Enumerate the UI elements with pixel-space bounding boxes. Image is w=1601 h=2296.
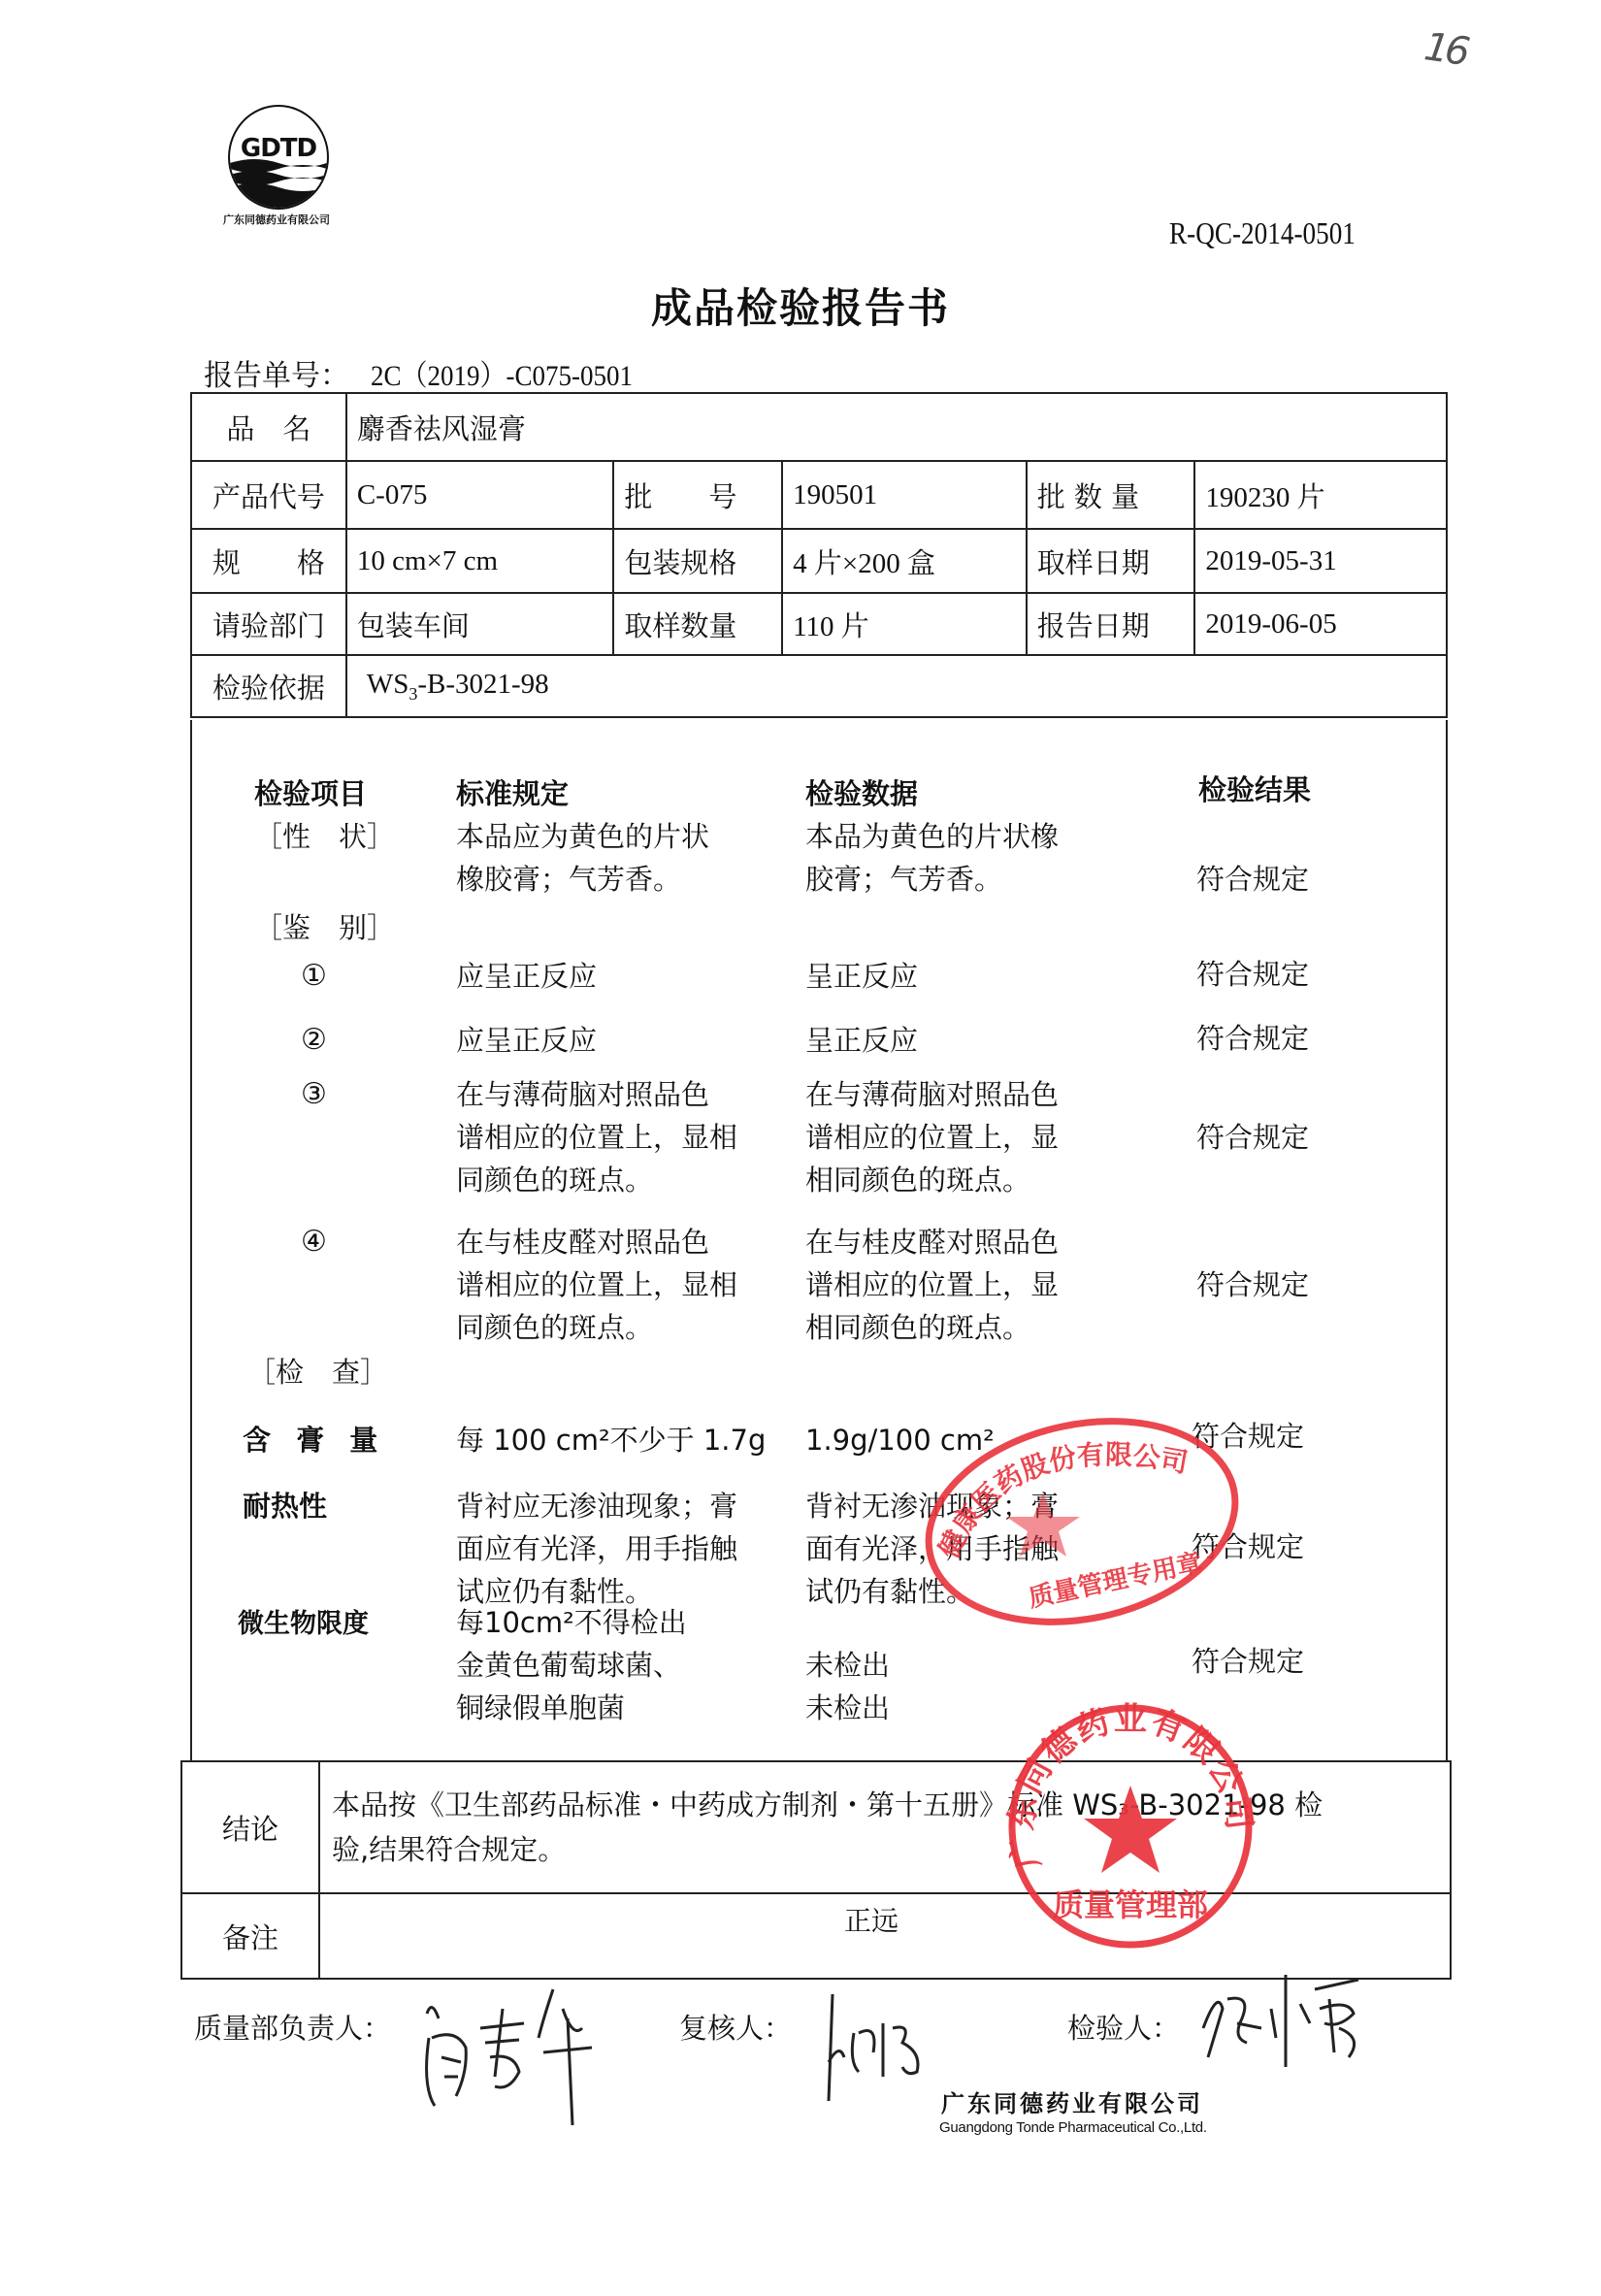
header-standard: 标准规定 bbox=[456, 772, 569, 815]
sample-date-value: 2019-05-31 bbox=[1194, 529, 1447, 593]
id1-result: 符合规定 bbox=[1196, 953, 1309, 996]
footer-company-en: Guangdong Tonde Pharmaceutical Co.,Ltd. bbox=[939, 2119, 1207, 2136]
section-identification: ［鉴 别］ bbox=[254, 906, 395, 949]
basis-label: 检验依据 bbox=[191, 655, 346, 717]
footer-company-cn: 广东同德药业有限公司 bbox=[941, 2084, 1203, 2118]
dept-label: 请验部门 bbox=[191, 593, 346, 655]
report-number: 报告单号：2C（2019）-C075-0501 bbox=[204, 351, 662, 394]
id3-result: 符合规定 bbox=[1196, 1116, 1309, 1159]
heat-resistance-item: 耐热性 bbox=[243, 1485, 327, 1527]
microbial-result: 符合规定 bbox=[1192, 1640, 1304, 1683]
id1-standard: 应呈正反应 bbox=[456, 955, 597, 998]
page-number: 16 bbox=[1421, 24, 1469, 75]
sample-qty-value: 110 片 bbox=[782, 593, 1027, 655]
spec-value: 10 cm×7 cm bbox=[346, 529, 613, 593]
id4-number: ④ bbox=[301, 1221, 327, 1263]
batch-qty-label: 批 数 量 bbox=[1027, 461, 1195, 529]
plaster-content-result: 符合规定 bbox=[1192, 1415, 1304, 1458]
header-item: 检验项目 bbox=[254, 772, 367, 815]
appearance-standard: 本品应为黄色的片状 橡胶膏；气芳香。 bbox=[456, 815, 709, 901]
inspector-label: 检验人： bbox=[1067, 2007, 1180, 2047]
section-appearance: ［性 状］ bbox=[254, 815, 395, 858]
remark-cell: 正远 bbox=[319, 1893, 1451, 1979]
logo-circle-icon: GDTD bbox=[228, 105, 329, 210]
product-name-value: 麝香祛风湿膏 bbox=[346, 393, 1447, 461]
heat-resistance-standard: 背衬应无渗油现象；膏 面应有光泽，用手指触 试应仍有黏性。 bbox=[456, 1485, 737, 1613]
product-name-label: 品 名 bbox=[191, 393, 346, 461]
report-date-label: 报告日期 bbox=[1027, 593, 1195, 655]
product-info-table: 品 名 麝香祛风湿膏 产品代号 C-075 批 号 190501 批 数 量 1… bbox=[190, 392, 1448, 718]
id3-data: 在与薄荷脑对照品色 谱相应的位置上，显 相同颜色的斑点。 bbox=[805, 1073, 1059, 1201]
header-data: 检验数据 bbox=[805, 772, 918, 815]
pack-spec-label: 包装规格 bbox=[613, 529, 782, 593]
microbial-data: 未检出 未检出 bbox=[805, 1644, 890, 1729]
page-title: 成品检验报告书 bbox=[0, 277, 1601, 335]
logo-caption: 广东同德药业有限公司 bbox=[218, 212, 335, 227]
wave-icon bbox=[230, 155, 327, 210]
batch-qty-value: 190230 片 bbox=[1194, 461, 1447, 529]
report-date-value: 2019-06-05 bbox=[1194, 593, 1447, 655]
inspector-signature bbox=[1193, 1970, 1368, 2077]
basis-value: WS3-B-3021-98 bbox=[346, 655, 1447, 717]
report-number-label: 报告单号： bbox=[204, 359, 349, 393]
conclusion-line-1: 本品按《卫生部药品标准・中药成方制剂・第十五册》标准 WS₃-B-3021-98… bbox=[332, 1783, 1438, 1827]
conclusion-text: 本品按《卫生部药品标准・中药成方制剂・第十五册》标准 WS₃-B-3021-98… bbox=[319, 1761, 1451, 1893]
id2-number: ② bbox=[301, 1019, 327, 1062]
conclusion-label: 结论 bbox=[181, 1761, 319, 1893]
plaster-content-standard: 每 100 cm²不少于 1.7g bbox=[456, 1419, 766, 1461]
company-logo: GDTD 广东同德药业有限公司 bbox=[218, 105, 335, 231]
document-code: R-QC-2014-0501 bbox=[1169, 215, 1356, 251]
plaster-content-data: 1.9g/100 cm² bbox=[805, 1419, 995, 1461]
dept-value: 包装车间 bbox=[346, 593, 613, 655]
id1-data: 呈正反应 bbox=[805, 955, 918, 998]
reviewer-signature bbox=[825, 1984, 961, 2111]
id3-standard: 在与薄荷脑对照品色 谱相应的位置上，显相 同颜色的斑点。 bbox=[456, 1073, 737, 1201]
id3-number: ③ bbox=[301, 1073, 327, 1116]
basis-suffix: -B-3021-98 bbox=[417, 669, 548, 700]
plaster-content-item: 含 膏 量 bbox=[243, 1419, 385, 1461]
remark-text: 正远 bbox=[844, 1900, 899, 1939]
product-code-value: C-075 bbox=[346, 461, 613, 529]
appearance-result: 符合规定 bbox=[1196, 858, 1309, 901]
batch-no-label: 批 号 bbox=[613, 461, 782, 529]
id2-standard: 应呈正反应 bbox=[456, 1019, 597, 1062]
sample-qty-label: 取样数量 bbox=[613, 593, 782, 655]
basis-subscript: 3 bbox=[408, 683, 417, 703]
id2-result: 符合规定 bbox=[1196, 1017, 1309, 1060]
qa-head-signature bbox=[417, 1980, 602, 2125]
reviewer-label: 复核人： bbox=[679, 2007, 792, 2047]
id4-standard: 在与桂皮醛对照品色 谱相应的位置上，显相 同颜色的斑点。 bbox=[456, 1221, 737, 1349]
conclusion-table: 结论 本品按《卫生部药品标准・中药成方制剂・第十五册》标准 WS₃-B-3021… bbox=[180, 1760, 1452, 1980]
heat-resistance-result: 符合规定 bbox=[1192, 1525, 1304, 1568]
batch-no-value: 190501 bbox=[782, 461, 1027, 529]
id4-result: 符合规定 bbox=[1196, 1263, 1309, 1306]
pack-spec-value: 4 片×200 盒 bbox=[782, 529, 1027, 593]
microbial-item: 微生物限度 bbox=[238, 1603, 369, 1646]
remark-label: 备注 bbox=[181, 1893, 319, 1979]
appearance-data: 本品为黄色的片状橡 胶膏；气芳香。 bbox=[805, 815, 1059, 901]
id4-data: 在与桂皮醛对照品色 谱相应的位置上，显 相同颜色的斑点。 bbox=[805, 1221, 1059, 1349]
basis-prefix: WS bbox=[367, 669, 409, 700]
sample-date-label: 取样日期 bbox=[1027, 529, 1195, 593]
qa-head-label: 质量部负责人： bbox=[194, 2007, 391, 2047]
heat-resistance-data: 背衬无渗油现象；膏 面有光泽，用手指触 试仍有黏性。 bbox=[805, 1485, 1059, 1613]
report-number-value: 2C（2019）-C075-0501 bbox=[371, 351, 633, 394]
header-result: 检验结果 bbox=[1198, 769, 1311, 811]
product-code-label: 产品代号 bbox=[191, 461, 346, 529]
id2-data: 呈正反应 bbox=[805, 1019, 918, 1062]
microbial-standard: 每10cm²不得检出 金黄色葡萄球菌、 铜绿假单胞菌 bbox=[456, 1601, 687, 1729]
id1-number: ① bbox=[301, 955, 327, 998]
spec-label: 规 格 bbox=[191, 529, 346, 593]
conclusion-line-2: 验,结果符合规定。 bbox=[332, 1827, 1438, 1872]
section-inspection: ［检 查］ bbox=[247, 1351, 388, 1394]
